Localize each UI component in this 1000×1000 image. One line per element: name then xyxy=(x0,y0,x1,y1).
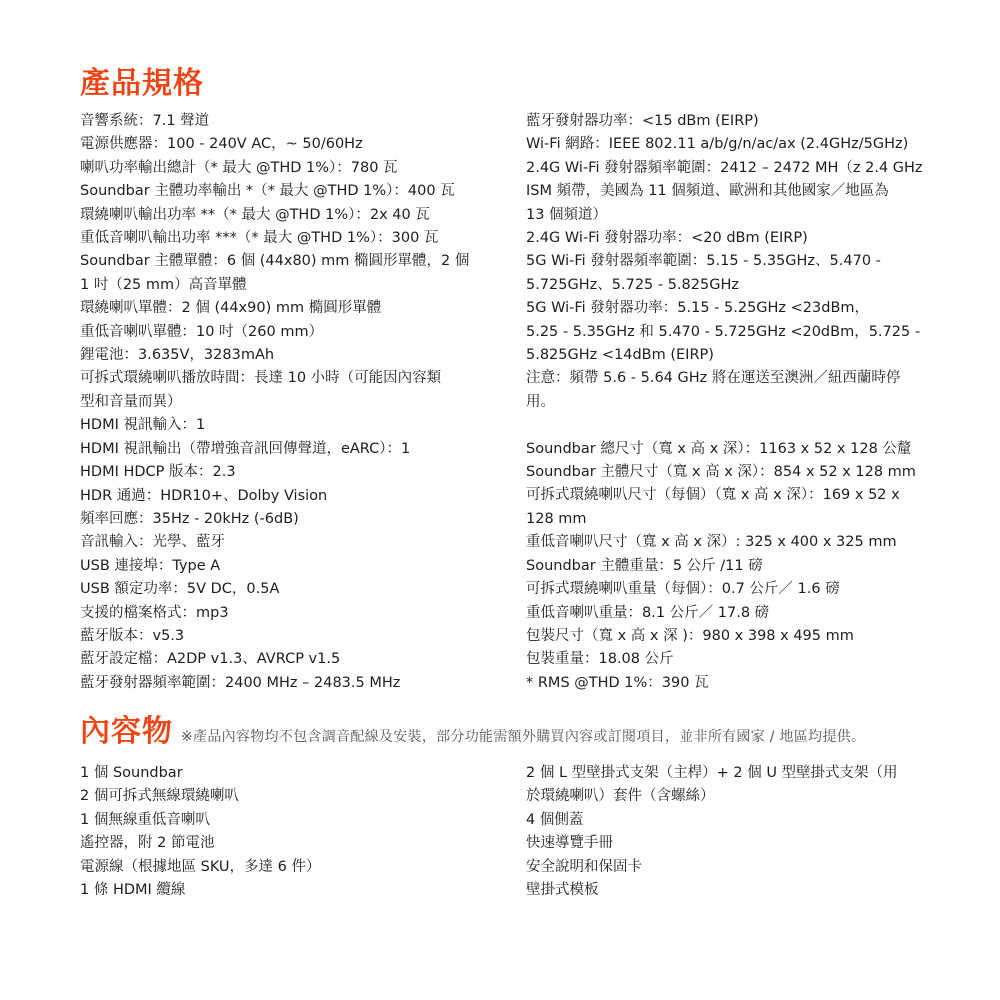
spec-line: 用。 xyxy=(526,391,936,414)
specs-right-column: 藍牙發射器功率：<15 dBm (EIRP) Wi-Fi 網路：IEEE 802… xyxy=(526,110,936,695)
spec-line: 重低音喇叭單體：10 吋（260 mm） xyxy=(80,321,490,344)
spec-line: 5G Wi-Fi 發射器頻率範圍：5.15 - 5.35GHz、5.470 - xyxy=(526,250,936,273)
spec-line: 2.4G Wi-Fi 發射器頻率範圍：2412 – 2472 MH（z 2.4 … xyxy=(526,157,936,180)
specs-title: 產品規格 xyxy=(80,66,204,102)
spec-line: 重低音喇叭尺寸（寬 x 高 x 深）: 325 x 400 x 325 mm xyxy=(526,531,936,554)
spec-line: Soundbar 主體尺寸（寬 x 高 x 深）：854 x 52 x 128 … xyxy=(526,461,936,484)
spec-line: USB 額定功率：5V DC，0.5A xyxy=(80,578,490,601)
contents-item: 快速導覽手冊 xyxy=(526,832,936,855)
contents-item: 4 個側蓋 xyxy=(526,809,936,832)
spacer xyxy=(526,414,936,437)
contents-note: ※產品內容物均不包含調音配線及安裝，部分功能需額外購買內容或訂閱項目，並非所有國… xyxy=(181,726,865,746)
spec-line: 重低音喇叭輸出功率 ***（* 最大 @THD 1%）：300 瓦 xyxy=(80,227,490,250)
spec-line: 可拆式環繞喇叭播放時間：長達 10 小時（可能因內容類 xyxy=(80,367,490,390)
contents-item: 電源線（根據地區 SKU，多達 6 件） xyxy=(80,856,490,879)
spec-line: 型和音量而異） xyxy=(80,391,490,414)
spec-line: 重低音喇叭重量：8.1 公斤／ 17.8 磅 xyxy=(526,602,936,625)
spec-line: 音響系統：7.1 聲道 xyxy=(80,110,490,133)
spec-line: Soundbar 總尺寸（寬 x 高 x 深）：1163 x 52 x 128 … xyxy=(526,438,936,461)
spec-line: 128 mm xyxy=(526,508,936,531)
spec-line: 可拆式環繞喇叭尺寸（每個）（寬 x 高 x 深）：169 x 52 x xyxy=(526,484,936,507)
spec-line: 音訊輸入：光學、藍牙 xyxy=(80,531,490,554)
contents-item: 安全說明和保固卡 xyxy=(526,856,936,879)
spec-line: ISM 頻帶，美國為 11 個頻道、歐洲和其他國家／地區為 xyxy=(526,180,936,203)
spec-line: HDMI 視訊輸入：1 xyxy=(80,414,490,437)
spec-line: 支援的檔案格式：mp3 xyxy=(80,602,490,625)
spec-line: USB 連接埠：Type A xyxy=(80,555,490,578)
contents-item: 2 個 L 型壁掛式支架（主桿）+ 2 個 U 型壁掛式支架（用 xyxy=(526,762,936,785)
spec-line: Soundbar 主體功率輸出 *（* 最大 @THD 1%）：400 瓦 xyxy=(80,180,490,203)
spec-line: 頻率回應：35Hz - 20kHz (-6dB) xyxy=(80,508,490,531)
spec-line: 包裝尺寸（寬 x 高 x 深 )：980 x 398 x 495 mm xyxy=(526,625,936,648)
contents-title: 內容物 xyxy=(80,714,173,750)
spec-line: 注意：頻帶 5.6 - 5.64 GHz 將在運送至澳洲／紐西蘭時停 xyxy=(526,367,936,390)
spec-line: Soundbar 主體單體：6 個 (44x80) mm 橢圓形單體，2 個 xyxy=(80,250,490,273)
contents-item: 1 個 Soundbar xyxy=(80,762,490,785)
spec-line: 環繞喇叭輸出功率 **（* 最大 @THD 1%）：2x 40 瓦 xyxy=(80,204,490,227)
spec-line: * RMS @THD 1%：390 瓦 xyxy=(526,672,936,695)
spec-line: 包裝重量：18.08 公斤 xyxy=(526,648,936,671)
spec-line: HDMI 視訊輸出（帶增強音訊回傳聲道，eARC）：1 xyxy=(80,438,490,461)
spec-line: 5.25 - 5.35GHz 和 5.470 - 5.725GHz <20dBm… xyxy=(526,321,936,344)
spec-line: 1 吋（25 mm）高音單體 xyxy=(80,274,490,297)
spec-line: 鋰電池：3.635V，3283mAh xyxy=(80,344,490,367)
contents-right-column: 2 個 L 型壁掛式支架（主桿）+ 2 個 U 型壁掛式支架（用 於環繞喇叭）套… xyxy=(526,762,936,902)
spec-line: 13 個頻道） xyxy=(526,204,936,227)
spec-line: 電源供應器：100 - 240V AC，~ 50/60Hz xyxy=(80,133,490,156)
contents-item: 於環繞喇叭）套件（含螺絲） xyxy=(526,785,936,808)
contents-left-column: 1 個 Soundbar 2 個可拆式無線環繞喇叭 1 個無線重低音喇叭 遙控器… xyxy=(80,762,490,902)
spec-line: HDMI HDCP 版本：2.3 xyxy=(80,461,490,484)
contents-header: 內容物 ※產品內容物均不包含調音配線及安裝，部分功能需額外購買內容或訂閱項目，並… xyxy=(80,714,865,750)
spec-line: 5.725GHz、5.725 - 5.825GHz xyxy=(526,274,936,297)
contents-item: 1 個無線重低音喇叭 xyxy=(80,809,490,832)
spec-line: 可拆式環繞喇叭重量（每個）：0.7 公斤／ 1.6 磅 xyxy=(526,578,936,601)
contents-item: 2 個可拆式無線環繞喇叭 xyxy=(80,785,490,808)
spec-line: Soundbar 主體重量：5 公斤 /11 磅 xyxy=(526,555,936,578)
contents-item: 1 條 HDMI 纜線 xyxy=(80,879,490,902)
specs-left-column: 音響系統：7.1 聲道 電源供應器：100 - 240V AC，~ 50/60H… xyxy=(80,110,490,695)
contents-item: 遙控器，附 2 節電池 xyxy=(80,832,490,855)
spec-line: 喇叭功率輸出總計（* 最大 @THD 1%）：780 瓦 xyxy=(80,157,490,180)
spec-line: 藍牙發射器功率：<15 dBm (EIRP) xyxy=(526,110,936,133)
spec-line: 藍牙發射器頻率範圍：2400 MHz – 2483.5 MHz xyxy=(80,672,490,695)
contents-item: 壁掛式模板 xyxy=(526,879,936,902)
spec-line: 5.825GHz <14dBm (EIRP) xyxy=(526,344,936,367)
spec-line: 藍牙版本：v5.3 xyxy=(80,625,490,648)
spec-line: HDR 通過：HDR10+、Dolby Vision xyxy=(80,485,490,508)
spec-line: Wi-Fi 網路：IEEE 802.11 a/b/g/n/ac/ax (2.4G… xyxy=(526,133,936,156)
spec-line: 藍牙設定檔：A2DP v1.3、AVRCP v1.5 xyxy=(80,648,490,671)
spec-line: 2.4G Wi-Fi 發射器功率：<20 dBm (EIRP) xyxy=(526,227,936,250)
spec-line: 5G Wi-Fi 發射器功率：5.15 - 5.25GHz <23dBm， xyxy=(526,297,936,320)
spec-line: 環繞喇叭單體：2 個 (44x90) mm 橢圓形單體 xyxy=(80,297,490,320)
